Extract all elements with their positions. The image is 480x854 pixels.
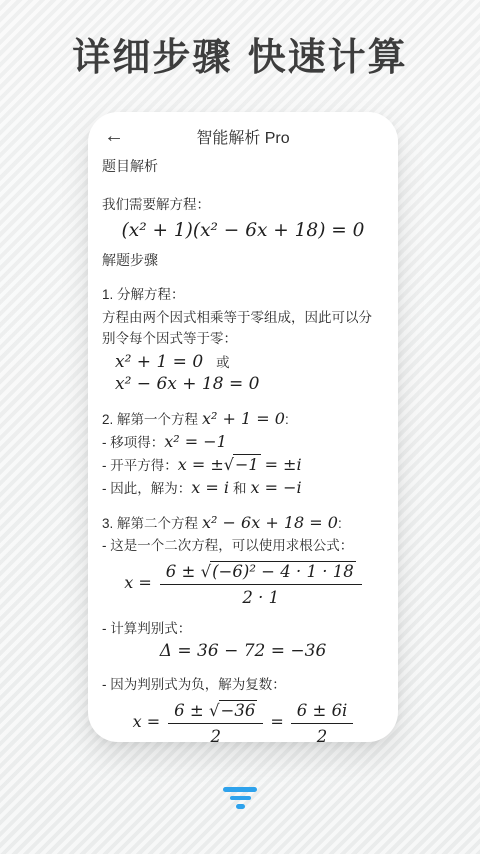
funnel-icon[interactable] (0, 787, 480, 809)
step1-equations: x² + 1 = 0或x² − 6x + 18 = 0 (102, 351, 384, 395)
step2-heading-math: x² + 1 = 0 (202, 409, 285, 428)
step2-result-label: - 因此，解为： (102, 481, 191, 496)
step3-intro-line: - 这是一个二次方程，可以使用求根公式： (102, 535, 384, 556)
step3-heading-math: x² − 6x + 18 = 0 (202, 513, 338, 532)
step2-move-label: - 移项得： (102, 435, 164, 450)
step1-eq-left: x² + 1 = 0 (115, 352, 203, 372)
equals-sign: = (270, 712, 283, 731)
step2-sqrt-line: - 开平方得：x = ±√−1= ±i (102, 454, 384, 476)
analysis-section-title: 题目解析 (102, 156, 384, 177)
complex-label: - 因为判别式为负，解为复数： (102, 674, 384, 695)
step3-heading-colon: : (338, 516, 342, 531)
step2-sqrt-radicand: −1 (233, 454, 261, 474)
step2-result-math1: x = i (191, 478, 229, 497)
formula2-f1-num-pre: 6 ± (174, 701, 204, 720)
intro-text: 我们需要解方程： (102, 194, 384, 215)
steps-section-title: 解题步骤 (102, 250, 384, 271)
formula1-denominator: 2 · 1 (160, 584, 362, 608)
formula1-radicand: (−6)² − 4 · 1 · 18 (210, 561, 356, 581)
sqrt-symbol: √ (209, 701, 220, 720)
formula1-lhs: x = (124, 573, 152, 592)
step3-heading-prefix: 3. 解第二个方程 (102, 516, 198, 531)
step1-heading: 1. 分解方程： (102, 284, 384, 305)
formula2-f1-numerator: 6 ± √−36 (168, 700, 263, 723)
app-nav-bar: ← 智能解析 Pro (88, 112, 398, 148)
step3-heading: 3. 解第二个方程x² − 6x + 18 = 0: (102, 512, 384, 534)
and-connector: 和 (233, 481, 247, 496)
page-headline: 详细步骤 快速计算 (0, 26, 480, 81)
phone-mockup-card: ← 智能解析 Pro 题目解析 我们需要解方程： (x² + 1)(x² − 6… (88, 112, 398, 742)
formula1-fraction: 6 ± √(−6)² − 4 · 1 · 182 · 1 (160, 561, 362, 608)
or-connector: 或 (216, 355, 230, 370)
radical: √−36 (209, 701, 257, 720)
step2-sqrt-post: = ±i (265, 455, 302, 474)
funnel-bar-top (223, 787, 257, 792)
discriminant-equation: Δ = 36 − 72 = −36 (102, 641, 384, 662)
step2-heading-prefix: 2. 解第一个方程 (102, 412, 198, 427)
funnel-bar-bottom (236, 804, 245, 809)
complex-solution-equation: x =6 ± √−362=6 ± 6i2= 3 ± 3i (102, 700, 384, 742)
radical: √−1 (224, 455, 261, 474)
step2-result-math2: x = −i (250, 478, 301, 497)
step1-eq-right: x² − 6x + 18 = 0 (115, 374, 259, 394)
solution-content: 题目解析 我们需要解方程： (x² + 1)(x² − 6x + 18) = 0… (88, 156, 398, 742)
formula1-num-pre: 6 ± (166, 562, 196, 581)
step2-heading: 2. 解第一个方程x² + 1 = 0: (102, 408, 384, 430)
formula2-lhs: x = (133, 712, 161, 731)
step1-body: 方程由两个因式相乘等于零组成，因此可以分别令每个因式等于零： (102, 307, 384, 349)
discriminant-label: - 计算判别式： (102, 618, 384, 639)
step2-sqrt-pre: x = ± (178, 455, 224, 474)
formula2-f2-denominator: 2 (291, 723, 354, 742)
formula2-f2-numerator: 6 ± 6i (291, 700, 354, 723)
funnel-bar-middle (230, 796, 251, 801)
app-title: 智能解析 Pro (128, 125, 358, 148)
step2-sqrt-label: - 开平方得： (102, 458, 178, 473)
formula2-fraction2: 6 ± 6i2 (291, 700, 354, 742)
step2-result-line: - 因此，解为：x = i和x = −i (102, 477, 384, 499)
formula1-numerator: 6 ± √(−6)² − 4 · 1 · 18 (160, 561, 362, 584)
formula2-f1-radicand: −36 (219, 700, 258, 720)
main-equation: (x² + 1)(x² − 6x + 18) = 0 (102, 220, 384, 241)
back-arrow-icon[interactable]: ← (104, 126, 128, 146)
step2-sqrt-math: x = ±√−1= ±i (178, 455, 302, 474)
formula2-fraction1: 6 ± √−362 (168, 700, 263, 742)
step2-heading-colon: : (285, 412, 289, 427)
step2-move-line: - 移项得：x² = −1 (102, 431, 384, 453)
formula2-f1-denominator: 2 (168, 723, 263, 742)
step2-move-math: x² = −1 (164, 432, 227, 451)
radical: √(−6)² − 4 · 1 · 18 (201, 562, 356, 581)
quadratic-formula: x =6 ± √(−6)² − 4 · 1 · 182 · 1 (102, 561, 384, 608)
